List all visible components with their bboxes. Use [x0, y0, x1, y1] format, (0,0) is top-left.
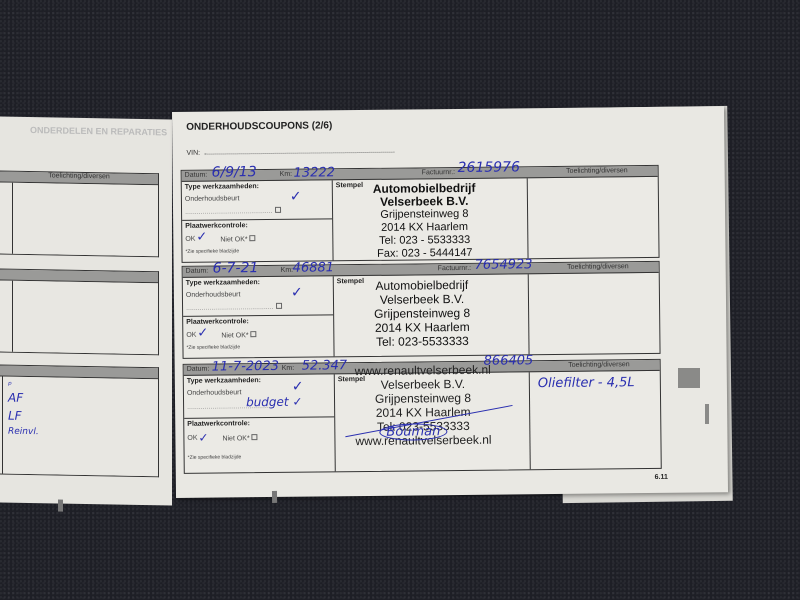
handwritten-note: Reinvl. — [8, 427, 39, 438]
page-title: ONDERHOUDSCOUPONS (2/6) — [186, 120, 332, 133]
service-coupon-3: Datum: Km: Toelichting/diversen 11-7-202… — [183, 359, 662, 474]
ok-check: ✓ — [197, 326, 208, 341]
factuurnr-value: 866405 — [484, 353, 534, 369]
km-value: 52.347 — [302, 358, 348, 373]
ok-check: ✓ — [196, 230, 207, 245]
section-tab-marker — [678, 368, 700, 388]
left-page-title: ONDERDELEN EN REPARATIES — [30, 125, 167, 137]
handwritten-note: AF — [8, 391, 23, 405]
garage-stamp: Automobielbedrijf Velserbeek B.V. Grijpe… — [373, 182, 476, 261]
km-value: 13222 — [294, 165, 336, 180]
onderhoudsbeurt-check: ✓ — [292, 379, 304, 395]
factuurnr-value: 7654923 — [475, 257, 533, 273]
toelichting-cell — [529, 273, 660, 354]
toelichting-cell — [528, 177, 659, 258]
datum-value: 11-7-2023 — [212, 359, 279, 375]
page-tab-marker — [58, 500, 63, 512]
left-table-1: Toelichting/diversen — [0, 170, 159, 257]
factuurnr-value: 2615976 — [458, 159, 521, 176]
page-number: 6.11 — [655, 474, 668, 481]
section-tab-marker — [705, 404, 709, 424]
ok-check: ✓ — [198, 431, 208, 445]
left-table-3: ᵖ AF LF Reinvl. — [0, 364, 159, 477]
km-value: 46881 — [293, 260, 335, 275]
vin-field: VIN: — [186, 148, 394, 157]
datum-value: 6/9/13 — [212, 164, 257, 180]
page-tab-marker — [272, 491, 277, 503]
handwritten-note: LF — [8, 409, 22, 423]
service-coupon-1: Datum: Km: Factuurnr.: Toelichting/diver… — [181, 165, 660, 263]
right-page: ONDERHOUDSCOUPONS (2/6) VIN: Datum: Km: … — [172, 106, 728, 498]
onderhoudsbeurt-check: ✓ — [290, 189, 302, 205]
left-table-2 — [0, 268, 159, 355]
service-coupon-2: Datum: Km: Factuurnr.: Toelichting/diver… — [182, 261, 661, 359]
handwritten-note: ᵖ — [8, 381, 12, 391]
toelichting-note: Oliefilter - 4,5L — [538, 375, 635, 391]
signature: Bouman — [379, 423, 447, 441]
onderhoudsbeurt-check: ✓ — [291, 285, 303, 301]
toelichting-cell: Oliefilter - 4,5L — [530, 371, 661, 469]
garage-stamp: Automobielbedrijf Velserbeek B.V. Grijpe… — [374, 278, 471, 349]
left-page: ONDERDELEN EN REPARATIES Toelichting/div… — [0, 116, 172, 505]
datum-value: 6-7-21 — [213, 260, 259, 276]
extra-work-note: budget ✓ — [246, 395, 303, 410]
